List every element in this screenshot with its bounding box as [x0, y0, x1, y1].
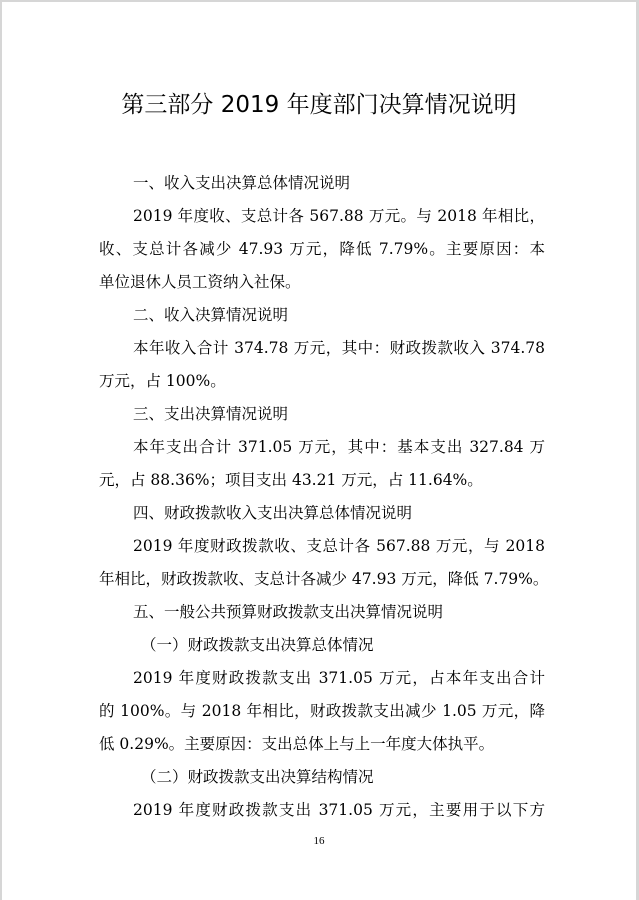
- paragraph-line: 2019 年度财政拨款收、支总计各 567.88 万元，与 2018: [133, 535, 545, 557]
- paragraph-line: 万元，占 100%。: [99, 370, 545, 392]
- subsection-heading-1: （一）财政拨款支出决算总体情况: [141, 634, 374, 656]
- paragraph-line: 低 0.29%。主要原因：支出总体上与上一年度大体执平。: [99, 733, 545, 755]
- section-heading-1: 一、收入支出决算总体情况说明: [133, 172, 350, 194]
- paragraph-line: 年相比，财政拨款收、支总计各减少 47.93 万元，降低 7.79%。: [99, 568, 545, 590]
- paragraph-line: 本年收入合计 374.78 万元，其中：财政拨款收入 374.78: [133, 337, 545, 359]
- paragraph-line: 2019 年度财政拨款支出 371.05 万元，占本年支出合计: [133, 667, 545, 689]
- document-page: 第三部分 2019 年度部门决算情况说明 一、收入支出决算总体情况说明 2019…: [2, 2, 636, 900]
- page-title: 第三部分 2019 年度部门决算情况说明: [2, 90, 636, 120]
- section-heading-4: 四、财政拨款收入支出决算总体情况说明: [133, 502, 412, 524]
- section-heading-3: 三、支出决算情况说明: [133, 403, 288, 425]
- paragraph-line: 本年支出合计 371.05 万元，其中：基本支出 327.84 万: [133, 436, 545, 458]
- section-heading-5: 五、一般公共预算财政拨款支出决算情况说明: [133, 601, 443, 623]
- subsection-heading-2: （二）财政拨款支出决算结构情况: [141, 766, 374, 788]
- section-heading-2: 二、收入决算情况说明: [133, 304, 288, 326]
- paragraph-line: 元，占 88.36%；项目支出 43.21 万元，占 11.64%。: [99, 469, 545, 491]
- page-number: 16: [2, 834, 636, 848]
- paragraph-line: 2019 年度财政拨款支出 371.05 万元，主要用于以下方: [133, 799, 545, 821]
- paragraph-line: 收、支总计各减少 47.93 万元，降低 7.79%。主要原因：本: [99, 238, 545, 260]
- paragraph-line: 单位退休人员工资纳入社保。: [99, 271, 545, 293]
- paragraph-line: 的 100%。与 2018 年相比，财政拨款支出减少 1.05 万元，降: [99, 700, 545, 722]
- paragraph-line: 2019 年度收、支总计各 567.88 万元。与 2018 年相比，: [133, 205, 545, 227]
